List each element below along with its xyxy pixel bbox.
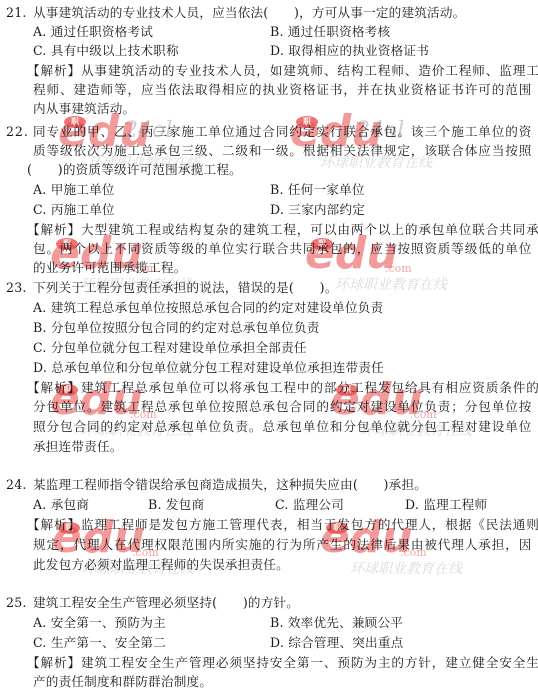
question-number: 23. [6,279,27,297]
analysis-text: 规定，代理人在代理权限范围内所实施的行为所产生的法律后果由被代理人承担，因 [33,536,532,554]
question-number: 21. [6,4,27,22]
option-a: A. 通过任职资格考试 [33,23,153,41]
option-a: A. 安全第一、预防为主 [33,614,166,632]
option-b: B. 任何一家单位 [270,181,365,199]
option-c: C. 监理公司 [275,496,344,514]
analysis-text: 【解析】建筑工程安全生产管理必须坚持安全第一、预防为主的方针，建立健全安全生 [27,654,538,672]
option-c: C. 生产第一、安全第二 [33,634,166,652]
option-d: D. 总承包单位和分包单位就分包工程对建设单位承担连带责任 [33,359,384,377]
analysis-text: 产的责任制度和群防群治制度。 [33,673,212,691]
analysis-text: 【解析】从事建筑活动的专业技术人员，如建筑师、结构工程师、造价工程师、监理工 [27,62,538,80]
analysis-text: 照分包合同的约定对总承包单位负责。总承包单位和分包单位就分包工程对建设单位 [33,418,532,436]
question-stem: 同专业的甲、乙、丙三家施工单位通过合同约定实行联合承包。该三个施工单位的资 [33,123,532,141]
option-b: B. 发包商 [148,496,204,514]
analysis-text: 【解析】建筑工程总承包单位可以将承包工程中的部分工程发包给具有相应资质条件的 [27,379,538,397]
question-number: 25. [6,594,27,612]
option-b: B. 效率优先、兼顾公平 [270,614,403,632]
option-d: D. 综合管理、突出重点 [270,634,403,652]
option-c: C. 丙施工单位 [33,201,115,219]
option-a: A. 承包商 [33,496,89,514]
exam-page: edu 职 24ol 环球职业教育在线 edu 职 24ol 环球职业教育在线 … [0,0,538,692]
option-d: D. 取得相应的执业资格证书 [270,42,429,60]
question-stem: 某监理工程师指令错误给承包商造成损失，这种损失应由( )承担。 [33,476,427,494]
analysis-text: 内从事建筑活动。 [33,100,135,118]
question-stem: ( )的资质等级许可范围承揽工程。 [27,161,242,179]
question-number: 24. [6,476,27,494]
option-d: D. 监理工程师 [405,496,487,514]
option-b: B. 分包单位按照分包合同的约定对总承包单位负责 [33,319,320,337]
option-d: D. 三家内部约定 [270,201,365,219]
option-a: A. 甲施工单位 [33,181,115,199]
analysis-text: 包。两个以上不同资质等级的单位实行联合共同承包的，应当按照资质等级低的单位 [33,240,532,258]
analysis-text: 程师、建造师等，应当依法取得相应的执业资格证书，并在执业资格证书许可的范围 [33,81,532,99]
analysis-text: 分包单位。建筑工程总承包单位按照总承包合同的约定对建设单位负责；分包单位按 [33,398,532,416]
analysis-text: 【解析】大型建筑工程或结构复杂的建筑工程，可以由两个以上的承包单位联合共同承 [27,221,538,239]
question-stem: 建筑工程安全生产管理必须坚持( )的方针。 [33,594,299,612]
option-c: C. 具有中级以上技术职称 [33,42,179,60]
question-stem: 下列关于工程分包责任承担的说法，错误的是( )。 [33,279,337,297]
question-number: 22. [6,123,29,141]
question-stem: 质等级依次为施工总承包三级、二级和一级。根据相关法律规定，该联合体应当按照 [33,142,532,160]
option-c: C. 分包单位就分包工程对建设单位承担全部责任 [33,339,307,357]
analysis-text: 【解析】监理工程师是发包方施工管理代表，相当于发包方的代理人，根据《民法通则》 [27,516,538,534]
analysis-text: 此发包方必须对监理工程师的失误承担责任。 [33,556,289,574]
analysis-text: 承担连带责任。 [33,438,123,456]
option-a: A. 建筑工程总承包单位按照总承包合同的约定对建设单位负责 [33,299,383,317]
option-b: B. 通过任职资格考核 [270,23,390,41]
analysis-text: 的业务许可范围承揽工程。 [33,259,187,277]
question-stem: 从事建筑活动的专业技术人员，应当依法( )，方可从事一定的建筑活动。 [33,4,465,22]
